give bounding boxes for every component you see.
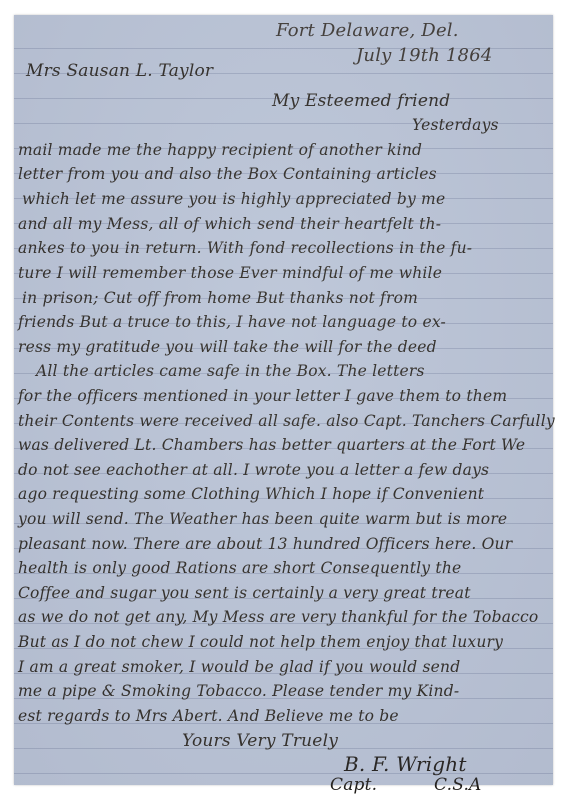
- body-line: and all my Mess, all of which send their…: [18, 215, 441, 233]
- body-line: But as I do not chew I could not help th…: [18, 633, 503, 651]
- body-line: est regards to Mrs Abert. And Believe me…: [18, 707, 399, 725]
- body-line: mail made me the happy recipient of anot…: [18, 141, 422, 159]
- body-line: letter from you and also the Box Contain…: [18, 165, 437, 183]
- body-line: I am a great smoker, I would be glad if …: [18, 658, 460, 676]
- body-line: ago requesting some Clothing Which I hop…: [18, 485, 484, 503]
- body-line: All the articles came safe in the Box. T…: [36, 362, 425, 380]
- signature-unit: C.S.A: [434, 775, 482, 795]
- body-line: their Contents were received all safe. a…: [18, 412, 555, 430]
- letter-addressee: Mrs Sausan L. Taylor: [26, 61, 213, 81]
- letter-place: Fort Delaware, Del.: [276, 20, 459, 41]
- body-line: do not see eachother at all. I wrote you…: [18, 461, 489, 479]
- body-line: me a pipe & Smoking Tobacco. Please tend…: [18, 682, 459, 700]
- body-line: in prison; Cut off from home But thanks …: [22, 289, 418, 307]
- body-line: you will send. The Weather has been quit…: [18, 510, 507, 528]
- letter-page: Fort Delaware, Del. July 19th 1864 Mrs S…: [14, 15, 553, 785]
- body-line: ress my gratitude you will take the will…: [18, 338, 437, 356]
- body-line: Yesterdays: [412, 116, 499, 134]
- letter-salutation: My Esteemed friend: [272, 91, 450, 111]
- body-line: ankes to you in return. With fond recoll…: [18, 239, 472, 257]
- body-line: pleasant now. There are about 13 hundred…: [18, 535, 512, 553]
- signature-rank: Capt.: [330, 775, 377, 795]
- letter-closing: Yours Very Truely: [182, 731, 338, 751]
- body-line: friends But a truce to this, I have not …: [18, 313, 446, 331]
- body-line: was delivered Lt. Chambers has better qu…: [18, 436, 525, 454]
- body-line: as we do not get any, My Mess are very t…: [18, 608, 538, 626]
- letter-date: July 19th 1864: [356, 45, 493, 66]
- signature: B. F. Wright: [344, 752, 467, 776]
- body-line: health is only good Rations are short Co…: [18, 559, 461, 577]
- body-line: which let me assure you is highly apprec…: [22, 190, 445, 208]
- body-line: Coffee and sugar you sent is certainly a…: [18, 584, 471, 602]
- body-line: for the officers mentioned in your lette…: [18, 387, 507, 405]
- body-line: ture I will remember those Ever mindful …: [18, 264, 442, 282]
